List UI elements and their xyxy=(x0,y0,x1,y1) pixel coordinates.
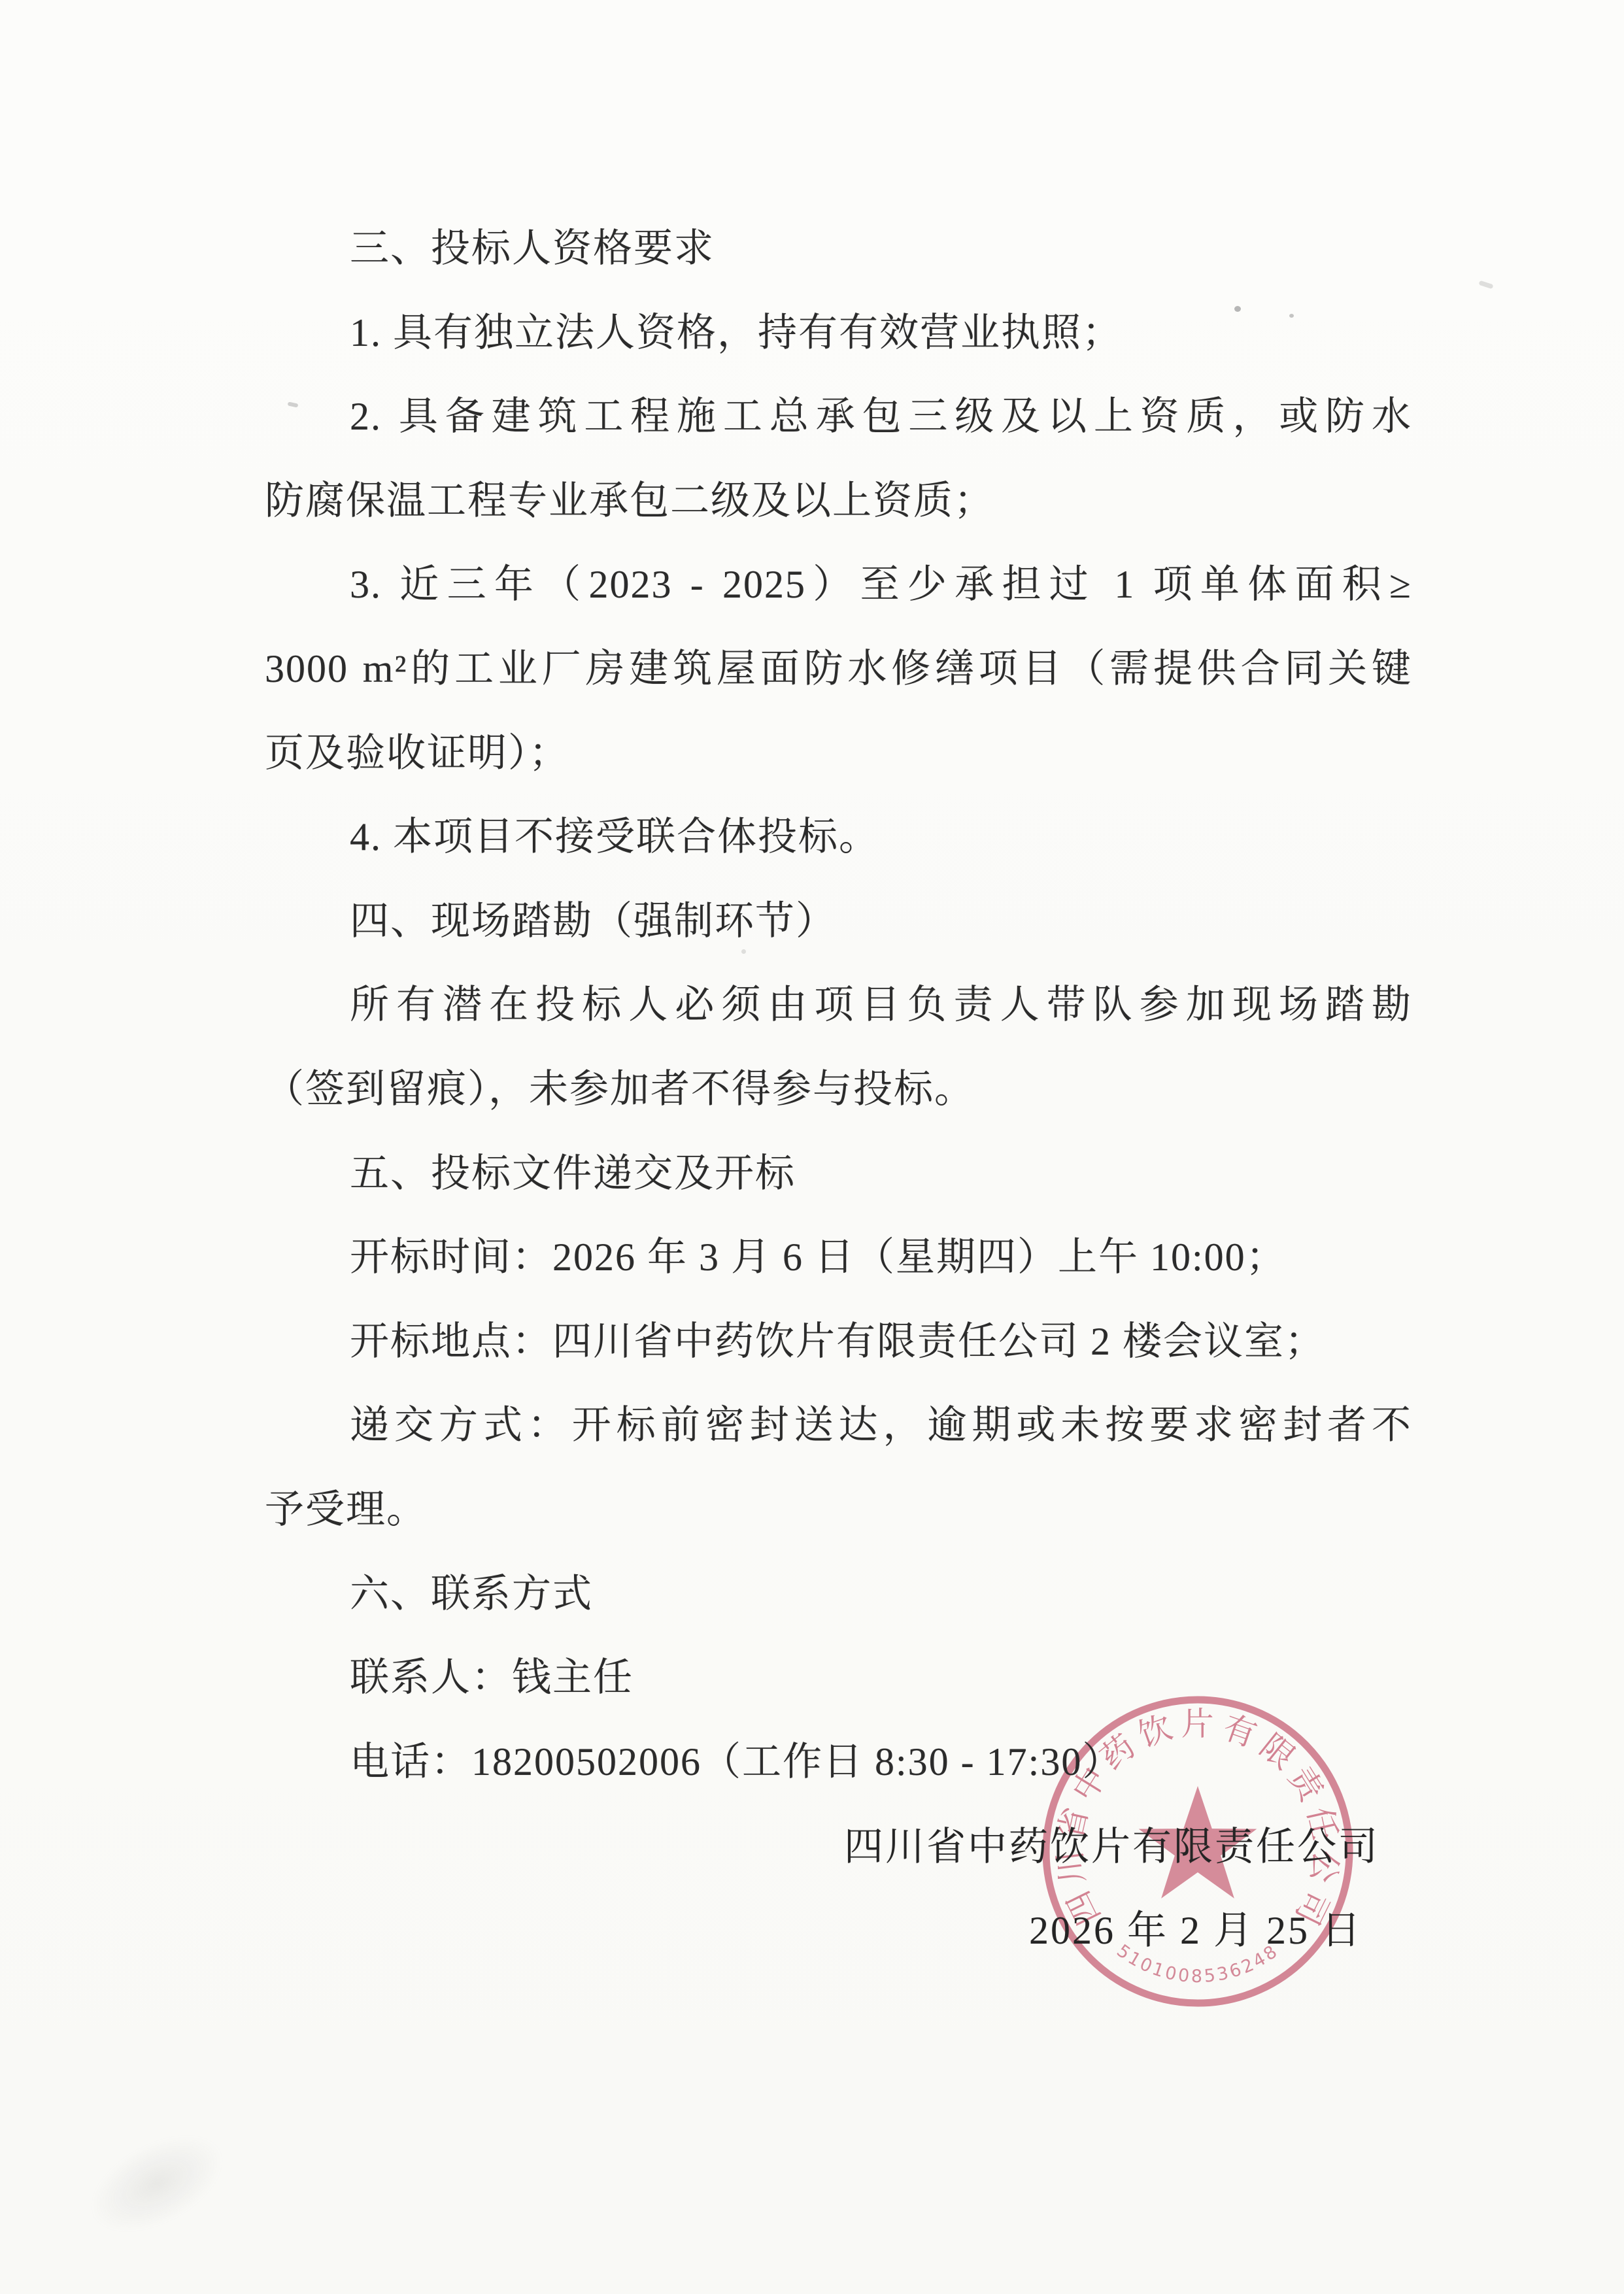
document-line: 递交方式：开标前密封送达，逾期或未按要求密封者不 xyxy=(265,1402,1412,1453)
document-line: 四、现场踏勘（强制环节） xyxy=(265,898,1412,949)
scan-noise xyxy=(741,949,746,954)
scan-smudge xyxy=(75,2115,239,2252)
document-line: 五、投标文件递交及开标 xyxy=(265,1150,1412,1201)
document-page: 四川省中药饮片有限责任公司 5101008536248 三、投标人资格要求1. … xyxy=(0,0,1624,2294)
signature-company: 四川省中药饮片有限责任公司 xyxy=(844,1823,1379,1870)
document-line: 联系人：钱主任 xyxy=(265,1654,1412,1705)
document-line: 4. 本项目不接受联合体投标。 xyxy=(265,813,1412,864)
document-line: 予受理。 xyxy=(265,1486,1412,1537)
document-line: 3000 m²的工业厂房建筑屋面防水修缮项目（需提供合同关键 xyxy=(265,645,1412,696)
document-line: 1. 具有独立法人资格，持有有效营业执照； xyxy=(265,309,1412,360)
document-line: 六、联系方式 xyxy=(265,1570,1412,1621)
document-line: 开标时间：2026 年 3 月 6 日（星期四）上午 10:00； xyxy=(265,1234,1412,1285)
document-line: 页及验收证明）； xyxy=(265,730,1412,781)
document-line: 2. 具备建筑工程施工总承包三级及以上资质，或防水 xyxy=(265,393,1412,444)
scan-noise xyxy=(1478,280,1493,289)
scanned-document: { "page": { "background": "#fbfbf9", "in… xyxy=(0,0,1624,2294)
document-line: （签到留痕），未参加者不得参与投标。 xyxy=(265,1066,1412,1117)
document-line: 开标地点：四川省中药饮片有限责任公司 2 楼会议室； xyxy=(265,1318,1412,1369)
document-line: 三、投标人资格要求 xyxy=(265,225,1412,276)
document-line: 防腐保温工程专业承包二级及以上资质； xyxy=(265,477,1412,528)
document-line: 电话：18200502006（工作日 8:30 - 17:30） xyxy=(265,1738,1412,1789)
document-line: 3. 近三年（2023 - 2025）至少承担过 1 项单体面积≥ xyxy=(265,561,1412,612)
signature-date: 2026 年 2 月 25 日 xyxy=(1029,1907,1362,1954)
document-line: 所有潜在投标人必须由项目负责人带队参加现场踏勘 xyxy=(265,981,1412,1032)
